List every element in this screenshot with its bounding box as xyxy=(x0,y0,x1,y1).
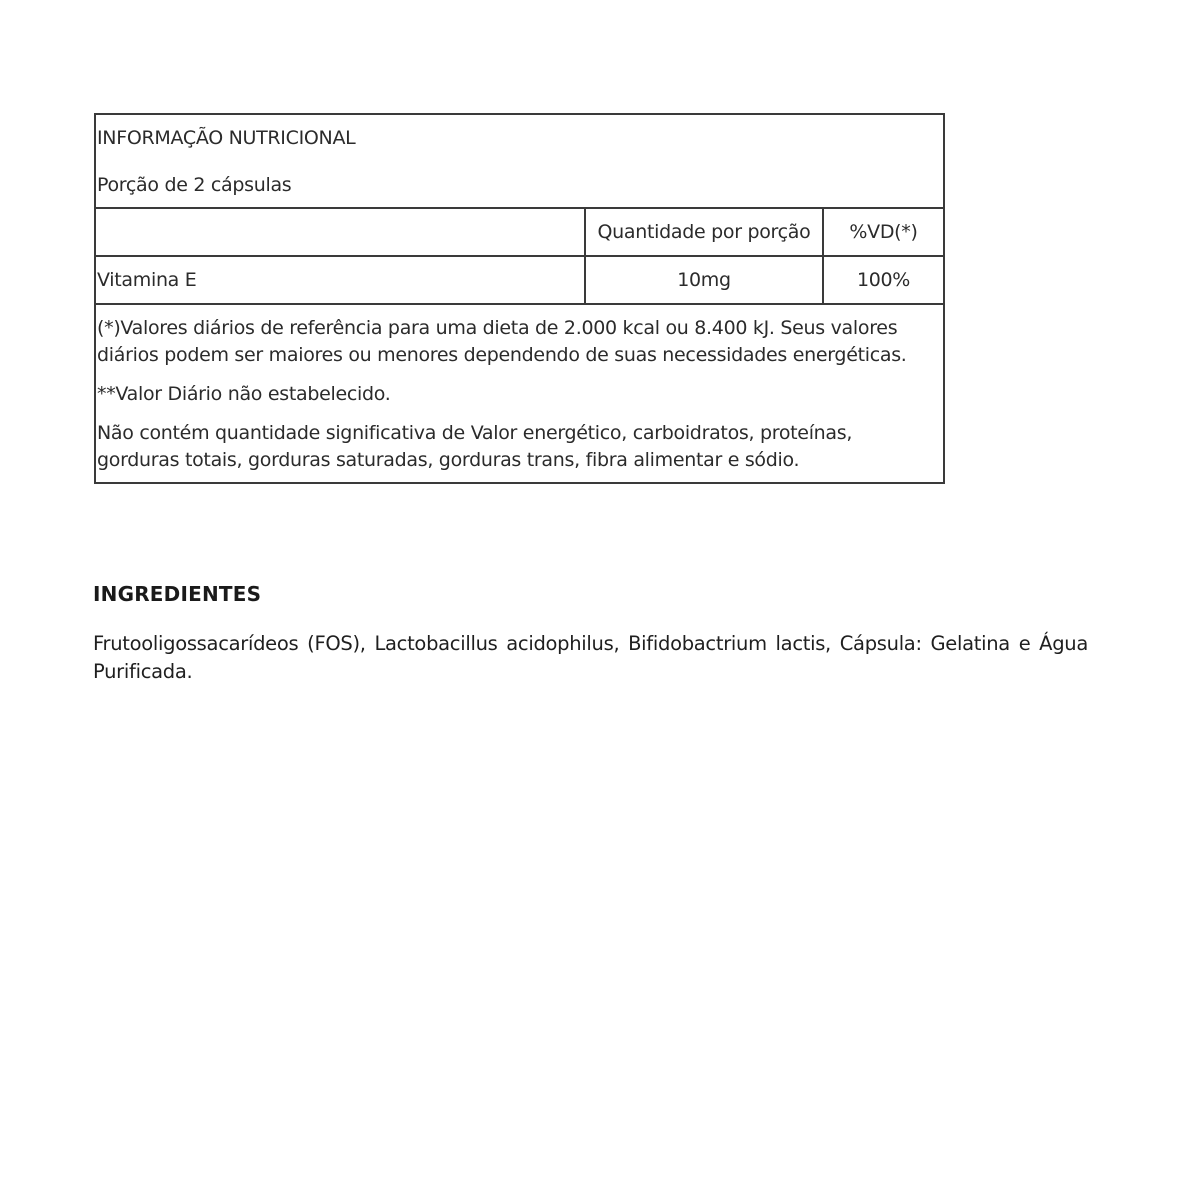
footnote-not-significant: Não contém quantidade significativa de V… xyxy=(97,420,935,474)
table-row: Vitamina E 10mg 100% xyxy=(96,257,943,305)
nutrition-facts-table: INFORMAÇÃO NUTRICIONAL Porção de 2 cápsu… xyxy=(94,113,945,484)
footnotes: (*)Valores diários de referência para um… xyxy=(96,305,943,482)
nutrition-title: INFORMAÇÃO NUTRICIONAL xyxy=(97,127,355,149)
table-header-row: Quantidade por porção %VD(*) xyxy=(96,209,943,257)
footnote-not-established: **Valor Diário não estabelecido. xyxy=(97,381,935,408)
nutrition-header: INFORMAÇÃO NUTRICIONAL Porção de 2 cápsu… xyxy=(96,115,943,209)
column-header-nutrient xyxy=(96,209,586,255)
nutrient-name: Vitamina E xyxy=(96,257,586,303)
column-header-amount: Quantidade por porção xyxy=(586,209,824,255)
nutrient-amount: 10mg xyxy=(586,257,824,303)
nutrient-dv: 100% xyxy=(824,257,943,303)
ingredients-text: Frutooligossacarídeos (FOS), Lactobacill… xyxy=(93,630,1088,686)
footnote-daily-values: (*)Valores diários de referência para um… xyxy=(97,315,935,369)
ingredients-heading: INGREDIENTES xyxy=(93,582,261,606)
portion-size: Porção de 2 cápsulas xyxy=(97,174,291,196)
column-header-dv: %VD(*) xyxy=(824,209,943,255)
